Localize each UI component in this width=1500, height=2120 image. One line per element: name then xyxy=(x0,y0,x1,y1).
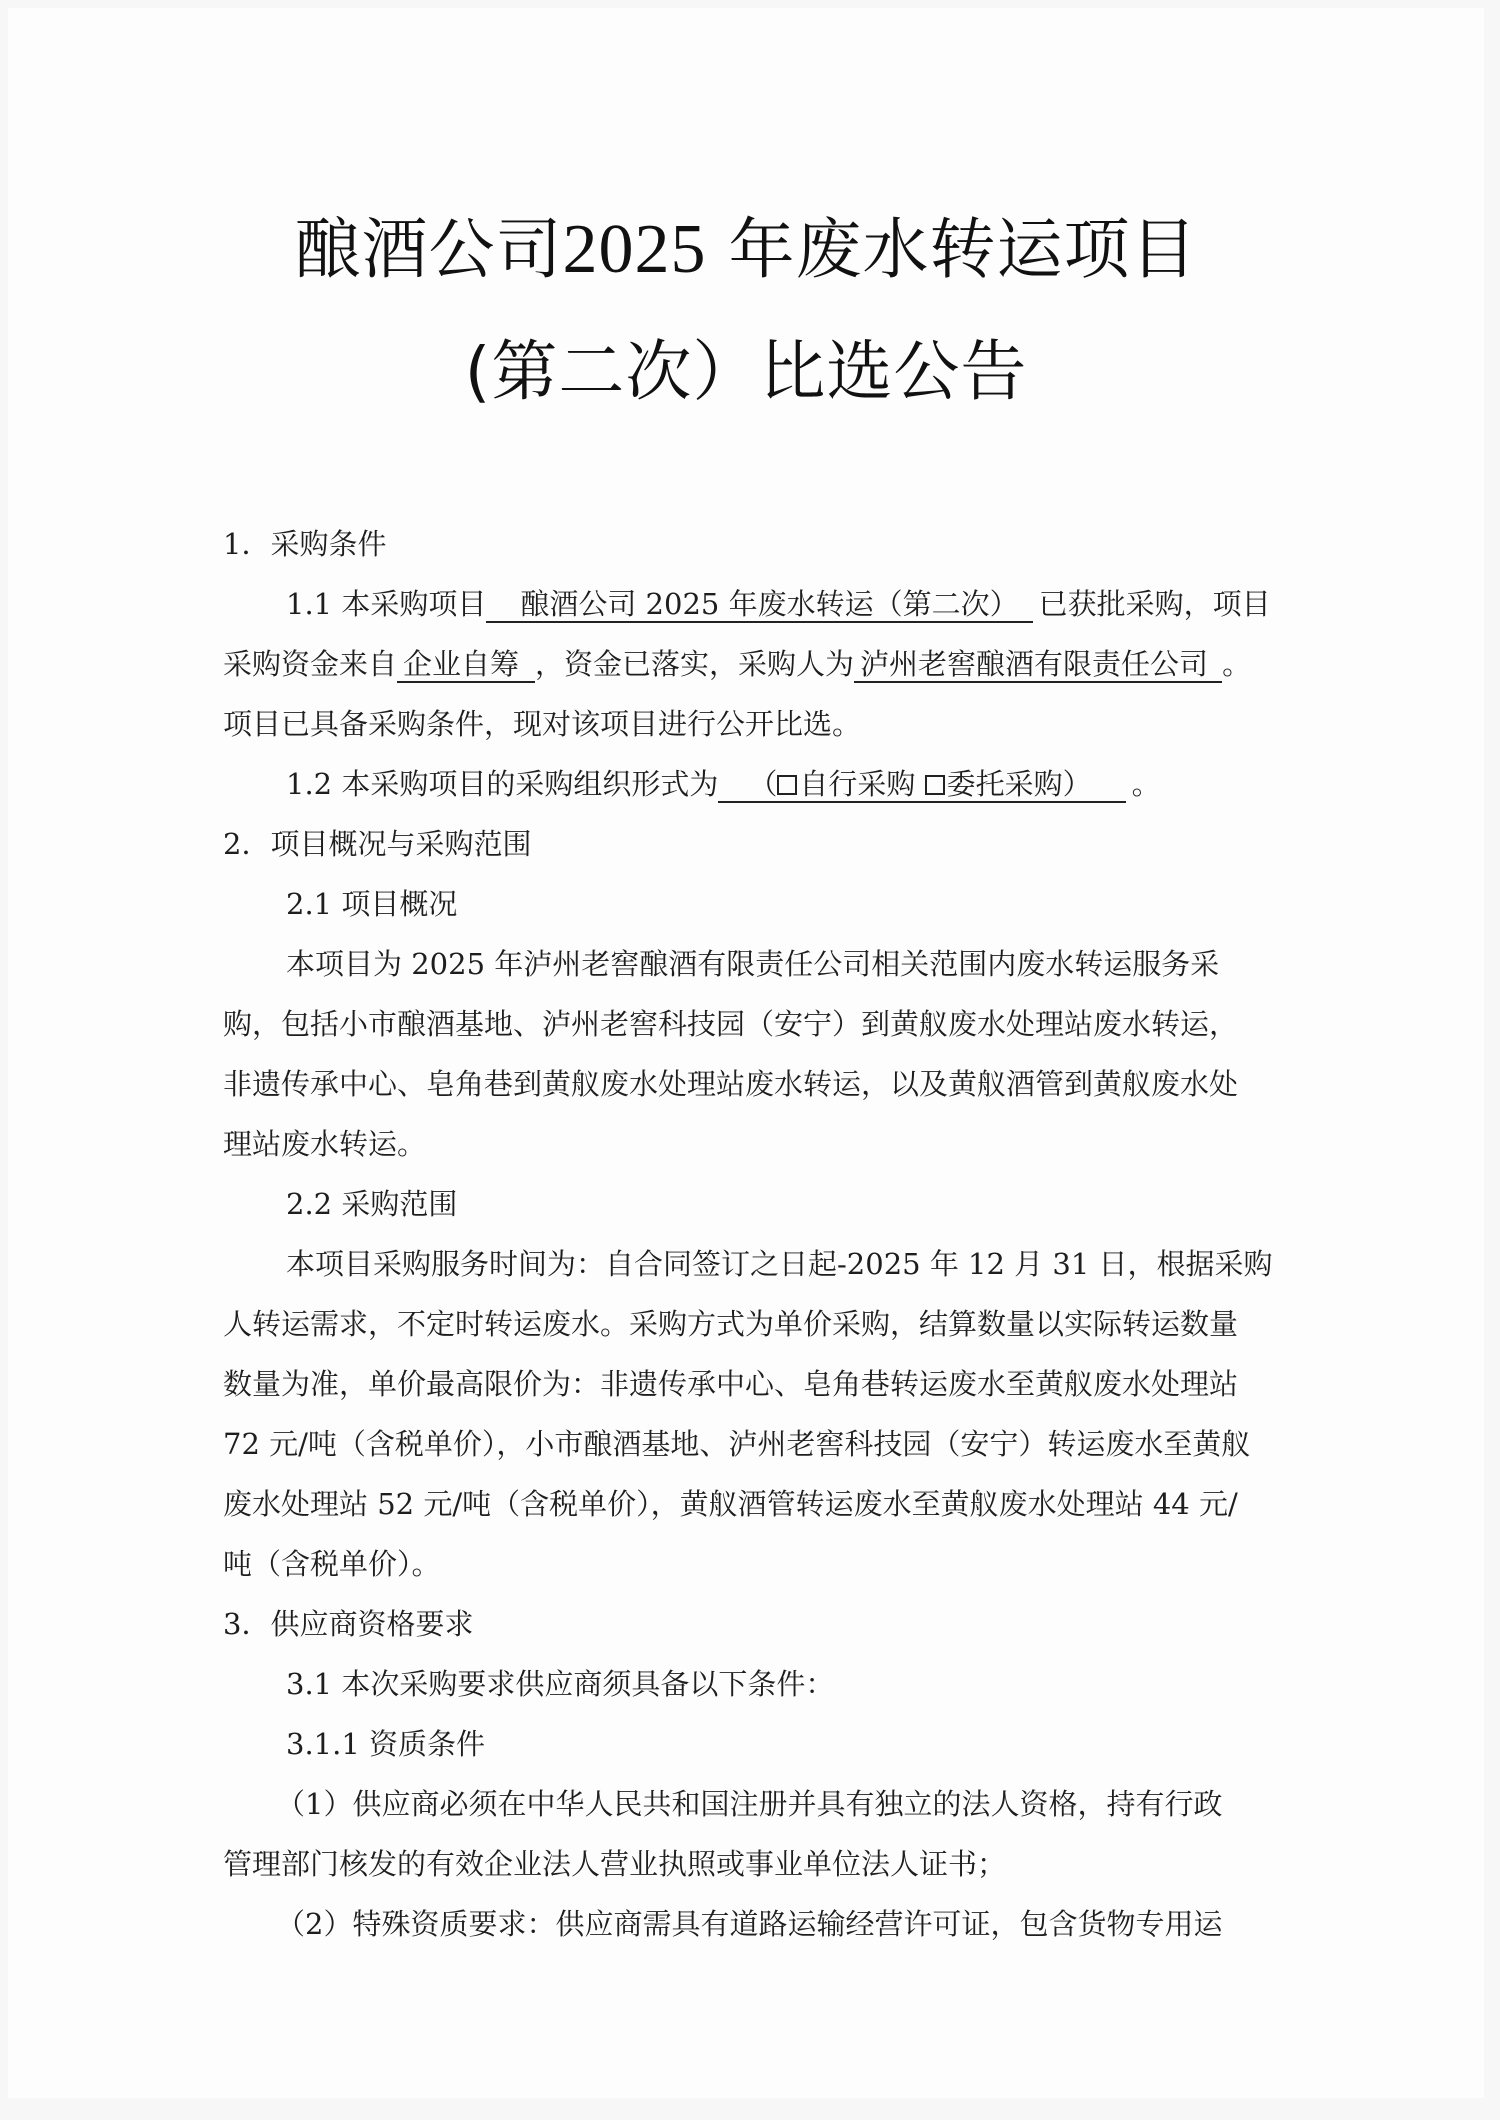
open-paren: （ xyxy=(748,767,777,801)
fund-source-label: 采购资金来自 xyxy=(223,647,397,681)
overview-line: 非遗传承中心、皂角巷到黄舣废水处理站废水转运，以及黄舣酒管到黄舣废水处 xyxy=(223,1064,1238,1104)
option-entrusted-procurement: 委托采购 xyxy=(947,767,1063,801)
scope-line: 废水处理站 52 元/吨（含税单价），黄舣酒管转运废水至黄舣废水处理站 44 元… xyxy=(223,1484,1238,1524)
requirement-1-line: 管理部门核发的有效企业法人营业执照或事业单位法人证书； xyxy=(223,1844,1006,1884)
purchaser-field: 泸州老窖酿酒有限责任公司 xyxy=(854,647,1222,683)
paragraph-1-2: 1.2 本采购项目的采购组织形式为（自行采购 委托采购）。 xyxy=(286,764,1161,804)
document-title-line1: 酿酒公司2025 年废水转运项目 xyxy=(8,196,1484,291)
checkbox-self-procurement[interactable] xyxy=(777,775,797,795)
scope-line: 本项目采购服务时间为：自合同签订之日起-2025 年 12 月 31 日，根据采… xyxy=(286,1244,1273,1284)
checkbox-entrusted-procurement[interactable] xyxy=(925,775,945,795)
paragraph-1-1-line3: 项目已具备采购条件，现对该项目进行公开比选。 xyxy=(223,704,861,744)
purchaser-label: ，资金已落实，采购人为 xyxy=(535,647,854,681)
title-prefix: 酿酒公司 xyxy=(295,211,563,288)
paragraph-1-1-line2: 采购资金来自企业自筹，资金已落实，采购人为泸州老窖酿酒有限责任公司。 xyxy=(223,644,1251,684)
p1-2-prefix: 1.2 本采购项目的采购组织形式为 xyxy=(286,767,718,801)
scope-line: 吨（含税单价）。 xyxy=(223,1544,441,1584)
title-suffix: 年废水转运项目 xyxy=(728,211,1197,288)
section3-heading: 3．供应商资格要求 xyxy=(223,1604,473,1644)
overview-line: 本项目为 2025 年泸州老窖酿酒有限责任公司相关范围内废水转运服务采 xyxy=(286,944,1219,984)
section2-2-heading: 2.2 采购范围 xyxy=(286,1184,457,1224)
section2-1-heading: 2.1 项目概况 xyxy=(286,884,457,924)
close-paren: ） xyxy=(1063,767,1092,801)
p1-1-prefix: 1.1 本采购项目 xyxy=(286,587,486,621)
paragraph-1-1-line1: 1.1 本采购项目酿酒公司 2025 年废水转运（第二次）已获批采购，项目 xyxy=(286,584,1271,624)
section3-1-heading: 3.1 本次采购要求供应商须具备以下条件： xyxy=(286,1664,834,1704)
section1-heading: 1．采购条件 xyxy=(223,524,386,564)
scope-line: 72 元/吨（含税单价），小市酿酒基地、泸州老窖科技园（安宁）转运废水至黄舣 xyxy=(223,1424,1250,1464)
procurement-form-field: （自行采购 委托采购） xyxy=(718,767,1125,803)
document-page: 酿酒公司2025 年废水转运项目 (第二次）比选公告 1．采购条件 1.1 本采… xyxy=(8,8,1484,2098)
section3-1-1-heading: 3.1.1 资质条件 xyxy=(286,1724,485,1764)
scope-line: 人转运需求，不定时转运废水。采购方式为单价采购，结算数量以实际转运数量 xyxy=(223,1304,1238,1344)
p1-1-line2-suffix: 。 xyxy=(1222,647,1251,681)
p1-1-middle: 已获批采购，项目 xyxy=(1039,587,1271,621)
p1-2-suffix: 。 xyxy=(1132,767,1161,801)
option-self-procurement: 自行采购 xyxy=(799,767,915,801)
fund-source-field: 企业自筹 xyxy=(397,647,535,683)
document-title-line2: (第二次）比选公告 xyxy=(8,318,1484,413)
requirement-2-line: （2）特殊资质要求：供应商需具有道路运输经营许可证，包含货物专用运 xyxy=(276,1904,1222,1944)
title-year: 2025 xyxy=(563,211,707,288)
scope-line: 数量为准，单价最高限价为：非遗传承中心、皂角巷转运废水至黄舣废水处理站 xyxy=(223,1364,1238,1404)
overview-line: 理站废水转运。 xyxy=(223,1124,426,1164)
requirement-1-line: （1）供应商必须在中华人民共和国注册并具有独立的法人资格，持有行政 xyxy=(276,1784,1222,1824)
overview-line: 购，包括小市酿酒基地、泸州老窖科技园（安宁）到黄舣废水处理站废水转运， xyxy=(223,1004,1238,1044)
section2-heading: 2．项目概况与采购范围 xyxy=(223,824,531,864)
project-name-field: 酿酒公司 2025 年废水转运（第二次） xyxy=(486,587,1032,623)
